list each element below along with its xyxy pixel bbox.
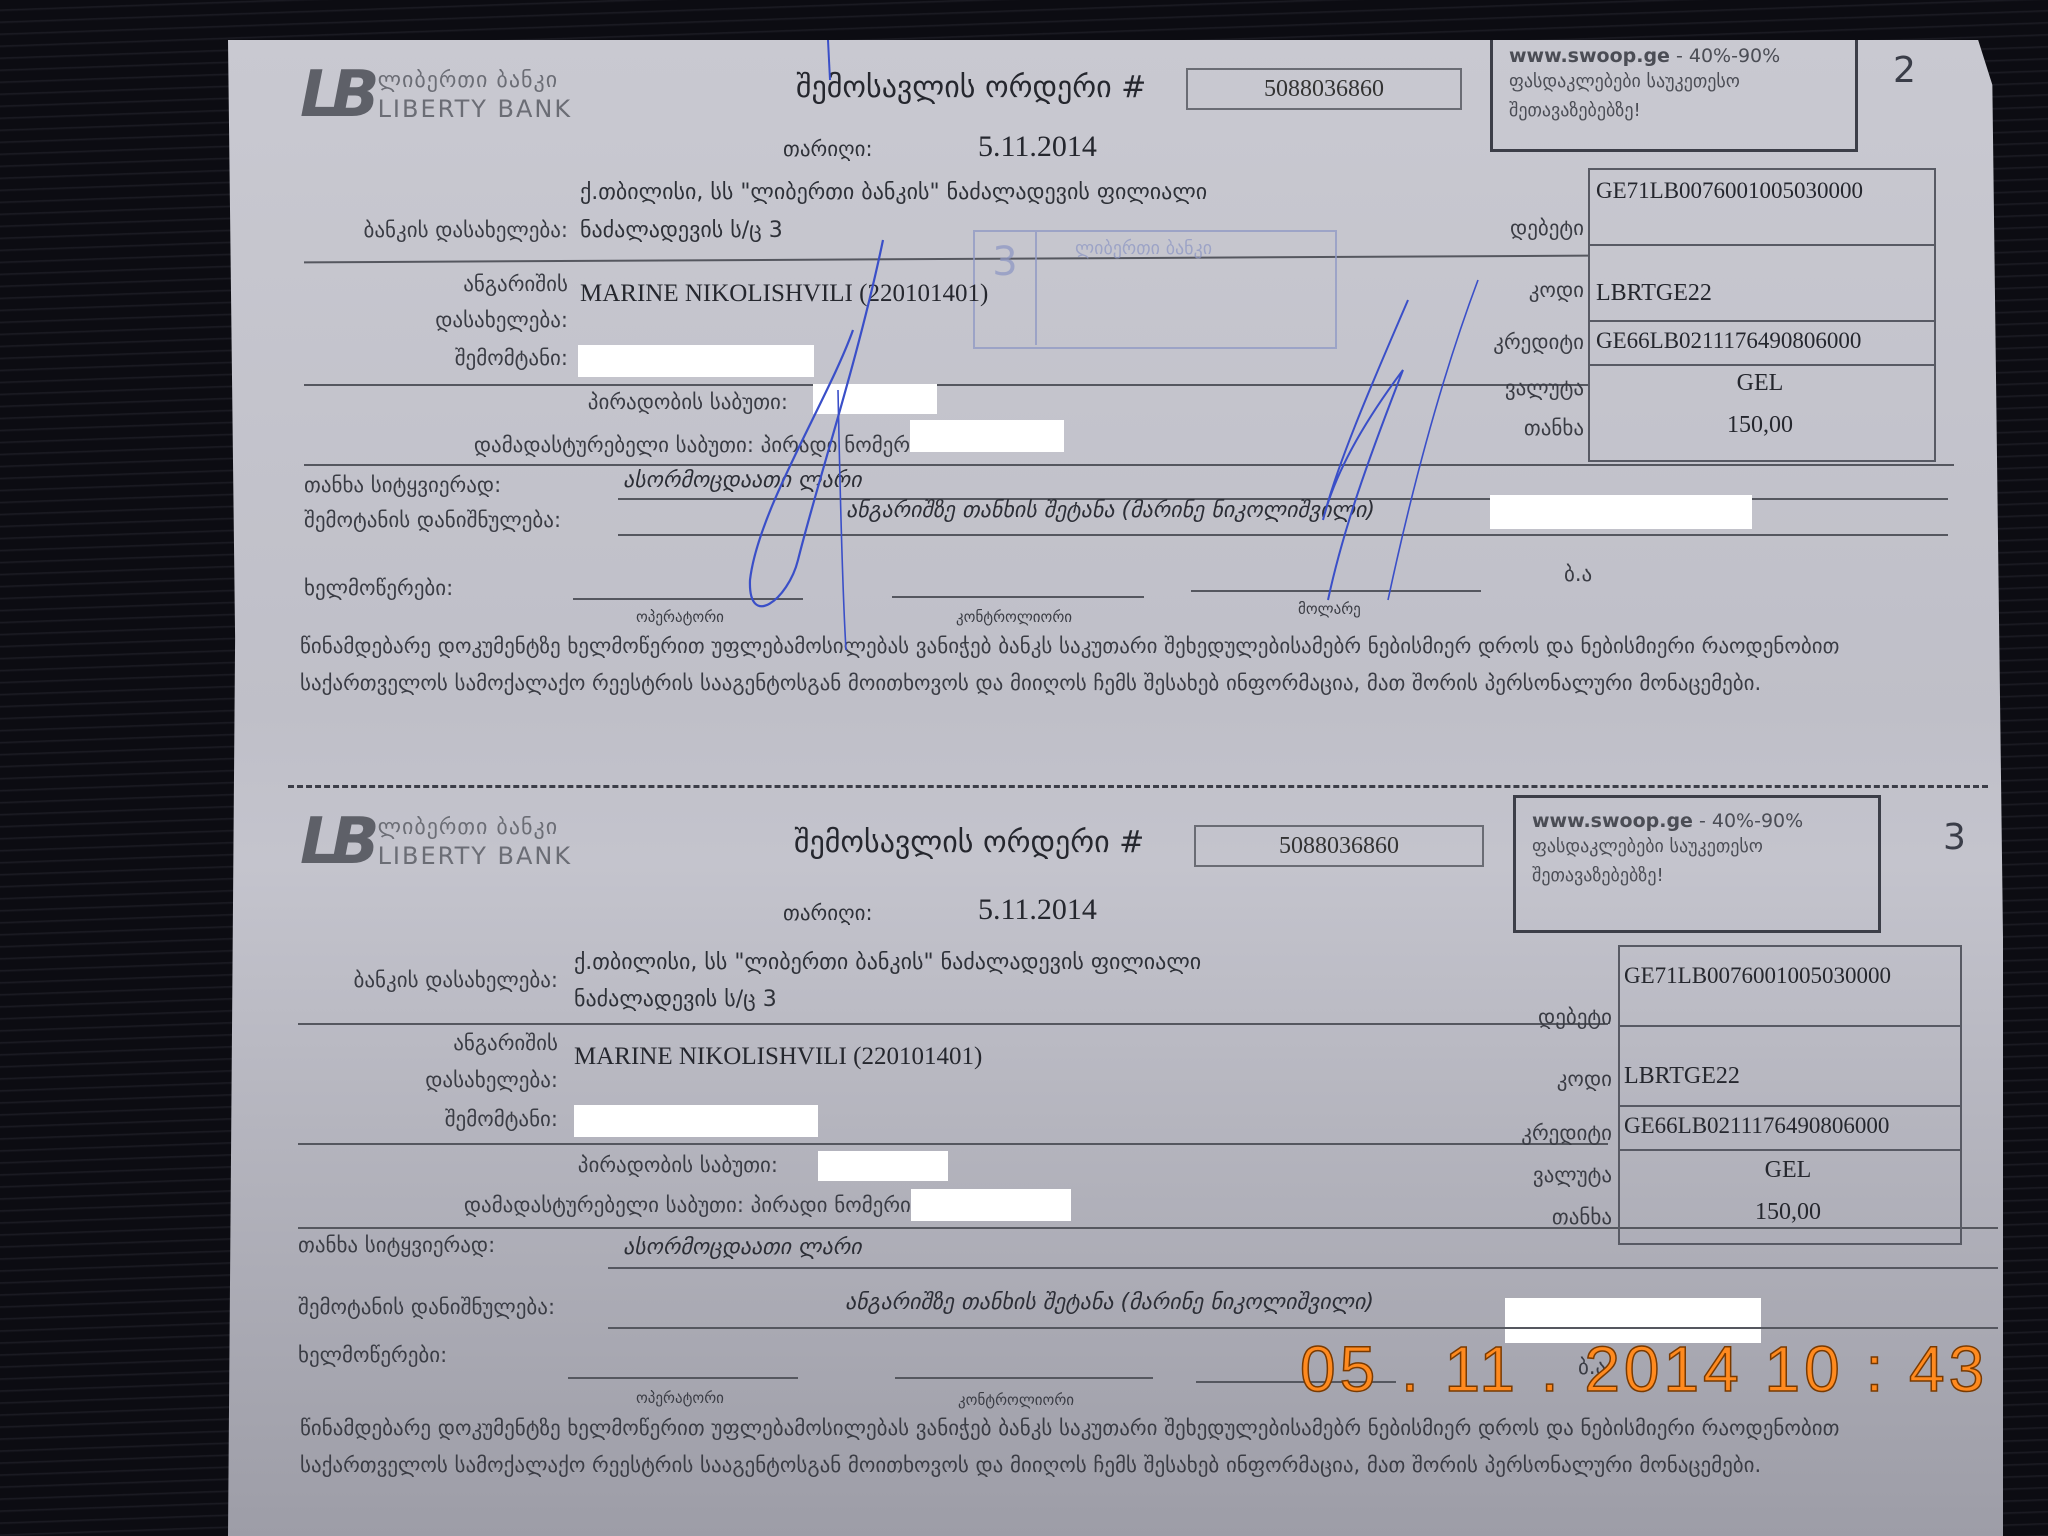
- signature-line-operator: [573, 598, 803, 600]
- amount: 150,00: [1588, 412, 1932, 439]
- date-label: თარიღი:: [783, 901, 873, 925]
- account-name: MARINE NIKOLISHVILI (220101401): [574, 1043, 982, 1071]
- sig-cashier-caption: მოლარე: [1298, 600, 1361, 618]
- order-number: 5088036860: [1194, 825, 1484, 867]
- bank-logo: LB ლიბერთი ბანკი LIBERTY BANK: [300, 58, 572, 132]
- depositor-label: შემომტანი:: [258, 1107, 558, 1131]
- sig-controller-caption: კონტროლიორი: [956, 608, 1072, 626]
- signature-line-controller: [892, 596, 1144, 598]
- sig-operator-caption: ოპერატორი: [636, 1389, 724, 1407]
- promo-line-1: ფასდაკლებები საუკეთესო: [1532, 832, 1862, 861]
- credit-label: კრედიტი: [1493, 330, 1584, 354]
- lb-logo-icon: LB: [300, 58, 370, 132]
- currency: GEL: [1588, 370, 1932, 397]
- promo-line-2: შეთავაზებებზე!: [1509, 96, 1839, 125]
- date-value: 5.11.2014: [978, 130, 1097, 164]
- depositor-label: შემომტანი:: [268, 346, 568, 370]
- purpose-label: შემოტანის დანიშნულება:: [304, 508, 561, 532]
- divider: [618, 534, 1948, 536]
- sig-operator-caption: ოპერატორი: [636, 608, 724, 626]
- copy-number: 3: [1943, 817, 1966, 858]
- account-labels: დებეტი კოდი კრედიტი ვალუტა თანხა: [1458, 168, 1584, 458]
- account-label-1: ანგარიშის: [258, 1031, 558, 1055]
- bank-branch-line-2: ნაძალადევის ს/ც 3: [580, 218, 783, 243]
- date-label: თარიღი:: [783, 137, 873, 161]
- signature-line-cashier: [1191, 590, 1481, 592]
- bank-branch-line-1: ქ.თბილისი, სს "ლიბერთი ბანკის" ნაძალადევ…: [580, 180, 1207, 205]
- account-label-2: დასახელება:: [258, 1068, 558, 1092]
- currency-label: ვალუტა: [1533, 1163, 1612, 1187]
- bank-branch-line-1: ქ.თბილისი, სს "ლიბერთი ბანკის" ნაძალადევ…: [574, 950, 1201, 975]
- amount-label: თანხა: [1524, 416, 1584, 440]
- debit-label: დებეტი: [1538, 1005, 1612, 1029]
- signature-line-controller: [895, 1377, 1153, 1379]
- debit-account: GE71LB0076001005030000: [1596, 178, 1863, 204]
- credit-account: GE66LB0211176490806000: [1624, 1113, 1889, 1139]
- camera-timestamp: 05 . 11 . 2014 10 : 43: [1300, 1332, 1988, 1406]
- promo-discount: - 40%-90%: [1670, 45, 1780, 67]
- consent-text: წინამდებარე დოკუმენტზე ხელმოწერით უფლება…: [300, 1410, 1950, 1484]
- bank-name-en: LIBERTY BANK: [378, 842, 573, 870]
- currency: GEL: [1618, 1157, 1958, 1184]
- bank-code: LBRTGE22: [1596, 280, 1712, 307]
- id-doc-label: პირადობის საბუთი:: [428, 390, 788, 414]
- document-title: შემოსავლის ორდერი #: [794, 825, 1144, 860]
- amount-words-label: თანხა სიტყვიერად:: [298, 1233, 495, 1257]
- divider: [608, 1267, 1998, 1269]
- sig-controller-caption: კონტროლიორი: [958, 1391, 1074, 1409]
- confirm-doc-label: დამადასტურებელი საბუთი: პირადი ნომერი:: [268, 433, 928, 457]
- amount-words: ასორმოცდაათი ლარი: [623, 468, 862, 493]
- promo-line-2: შეთავაზებებზე!: [1532, 861, 1862, 890]
- redacted-purpose-extra: [1490, 495, 1752, 529]
- promo-line-1: ფასდაკლებები საუკეთესო: [1509, 67, 1839, 96]
- credit-account: GE66LB0211176490806000: [1596, 328, 1861, 354]
- bank-branch-line-2: ნაძალადევის ს/ც 3: [574, 987, 777, 1012]
- purpose-text: ანგარიშზე თანხის შეტანა (მარინე ნიკოლიშვ…: [846, 498, 1375, 523]
- promo-box: www.swoop.ge - 40%-90% ფასდაკლებები საუკ…: [1513, 795, 1881, 933]
- consent-text: წინამდებარე დოკუმენტზე ხელმოწერით უფლება…: [300, 628, 1950, 702]
- redacted-personal-number: [911, 1189, 1071, 1221]
- promo-discount: - 40%-90%: [1693, 810, 1803, 832]
- stamp-text: ლიბერთი ბანკი: [1075, 238, 1212, 259]
- debit-account: GE71LB0076001005030000: [1624, 963, 1891, 989]
- copy-number: 2: [1893, 50, 1916, 91]
- account-table: GE71LB0076001005030000 LBRTGE22 GE66LB02…: [1588, 168, 1938, 458]
- promo-url: www.swoop.ge: [1532, 810, 1693, 832]
- debit-label: დებეტი: [1510, 216, 1584, 240]
- code-label: კოდი: [1529, 278, 1584, 302]
- code-label: კოდი: [1557, 1067, 1612, 1091]
- account-table: GE71LB0076001005030000 LBRTGE22 GE66LB02…: [1618, 945, 1964, 1241]
- bank-name-label: ბანკის დასახელება:: [258, 968, 558, 992]
- divider: [304, 464, 1954, 466]
- divider: [608, 1327, 1998, 1329]
- redacted-depositor: [574, 1105, 818, 1137]
- signature-line-operator: [568, 1377, 798, 1379]
- amount-words: ასორმოცდაათი ლარი: [623, 1235, 862, 1260]
- account-name: MARINE NIKOLISHVILI (220101401): [580, 280, 988, 308]
- bank-logo: LB ლიბერთი ბანკი LIBERTY BANK: [300, 805, 572, 879]
- account-label-1: ანგარიშის: [268, 272, 568, 296]
- redacted-id-doc: [813, 384, 937, 414]
- bank-stamp: 3 ლიბერთი ბანკი: [973, 230, 1337, 349]
- promo-url: www.swoop.ge: [1509, 45, 1670, 67]
- divider: [298, 1143, 1608, 1145]
- signatures-label: ხელმოწერები:: [304, 576, 453, 600]
- redacted-id-doc: [818, 1151, 948, 1181]
- amount: 150,00: [1618, 1199, 1958, 1226]
- order-copy-2: LB ლიბერთი ბანკი LIBERTY BANK შემოსავლის…: [228, 40, 2003, 780]
- promo-box: www.swoop.ge - 40%-90% ფასდაკლებები საუკ…: [1490, 30, 1858, 152]
- document-title: შემოსავლის ორდერი #: [796, 70, 1146, 105]
- id-doc-label: პირადობის საბუთი:: [418, 1153, 778, 1177]
- purpose-label: შემოტანის დანიშნულება:: [298, 1295, 555, 1319]
- amount-label: თანხა: [1552, 1205, 1612, 1229]
- seal-label: ბ.ა: [1564, 562, 1592, 586]
- bank-code: LBRTGE22: [1624, 1063, 1740, 1090]
- account-labels: დებეტი კოდი კრედიტი ვალუტა თანხა: [1484, 945, 1612, 1241]
- redacted-personal-number: [910, 420, 1064, 452]
- bank-name-ka: ლიბერთი ბანკი: [378, 814, 573, 842]
- divider: [304, 255, 1588, 264]
- divider: [298, 1023, 1608, 1025]
- account-label-2: დასახელება:: [268, 308, 568, 332]
- confirm-doc-label: დამადასტურებელი საბუთი: პირადი ნომერი:: [258, 1193, 918, 1217]
- bank-name-label: ბანკის დასახელება:: [268, 218, 568, 242]
- order-number: 5088036860: [1186, 68, 1462, 110]
- redacted-depositor: [578, 345, 814, 377]
- amount-words-label: თანხა სიტყვიერად:: [304, 473, 501, 497]
- purpose-text: ანგარიშზე თანხის შეტანა (მარინე ნიკოლიშვ…: [845, 1290, 1374, 1315]
- bank-name-ka: ლიბერთი ბანკი: [378, 67, 573, 95]
- currency-label: ვალუტა: [1505, 376, 1584, 400]
- lb-logo-icon: LB: [300, 805, 370, 879]
- date-value: 5.11.2014: [978, 893, 1097, 927]
- payment-order-sheet: LB ლიბერთი ბანკი LIBERTY BANK შემოსავლის…: [228, 40, 2003, 1536]
- divider: [304, 384, 1588, 386]
- bank-name-en: LIBERTY BANK: [378, 95, 573, 123]
- signatures-label: ხელმოწერები:: [298, 1343, 447, 1367]
- credit-label: კრედიტი: [1521, 1121, 1612, 1145]
